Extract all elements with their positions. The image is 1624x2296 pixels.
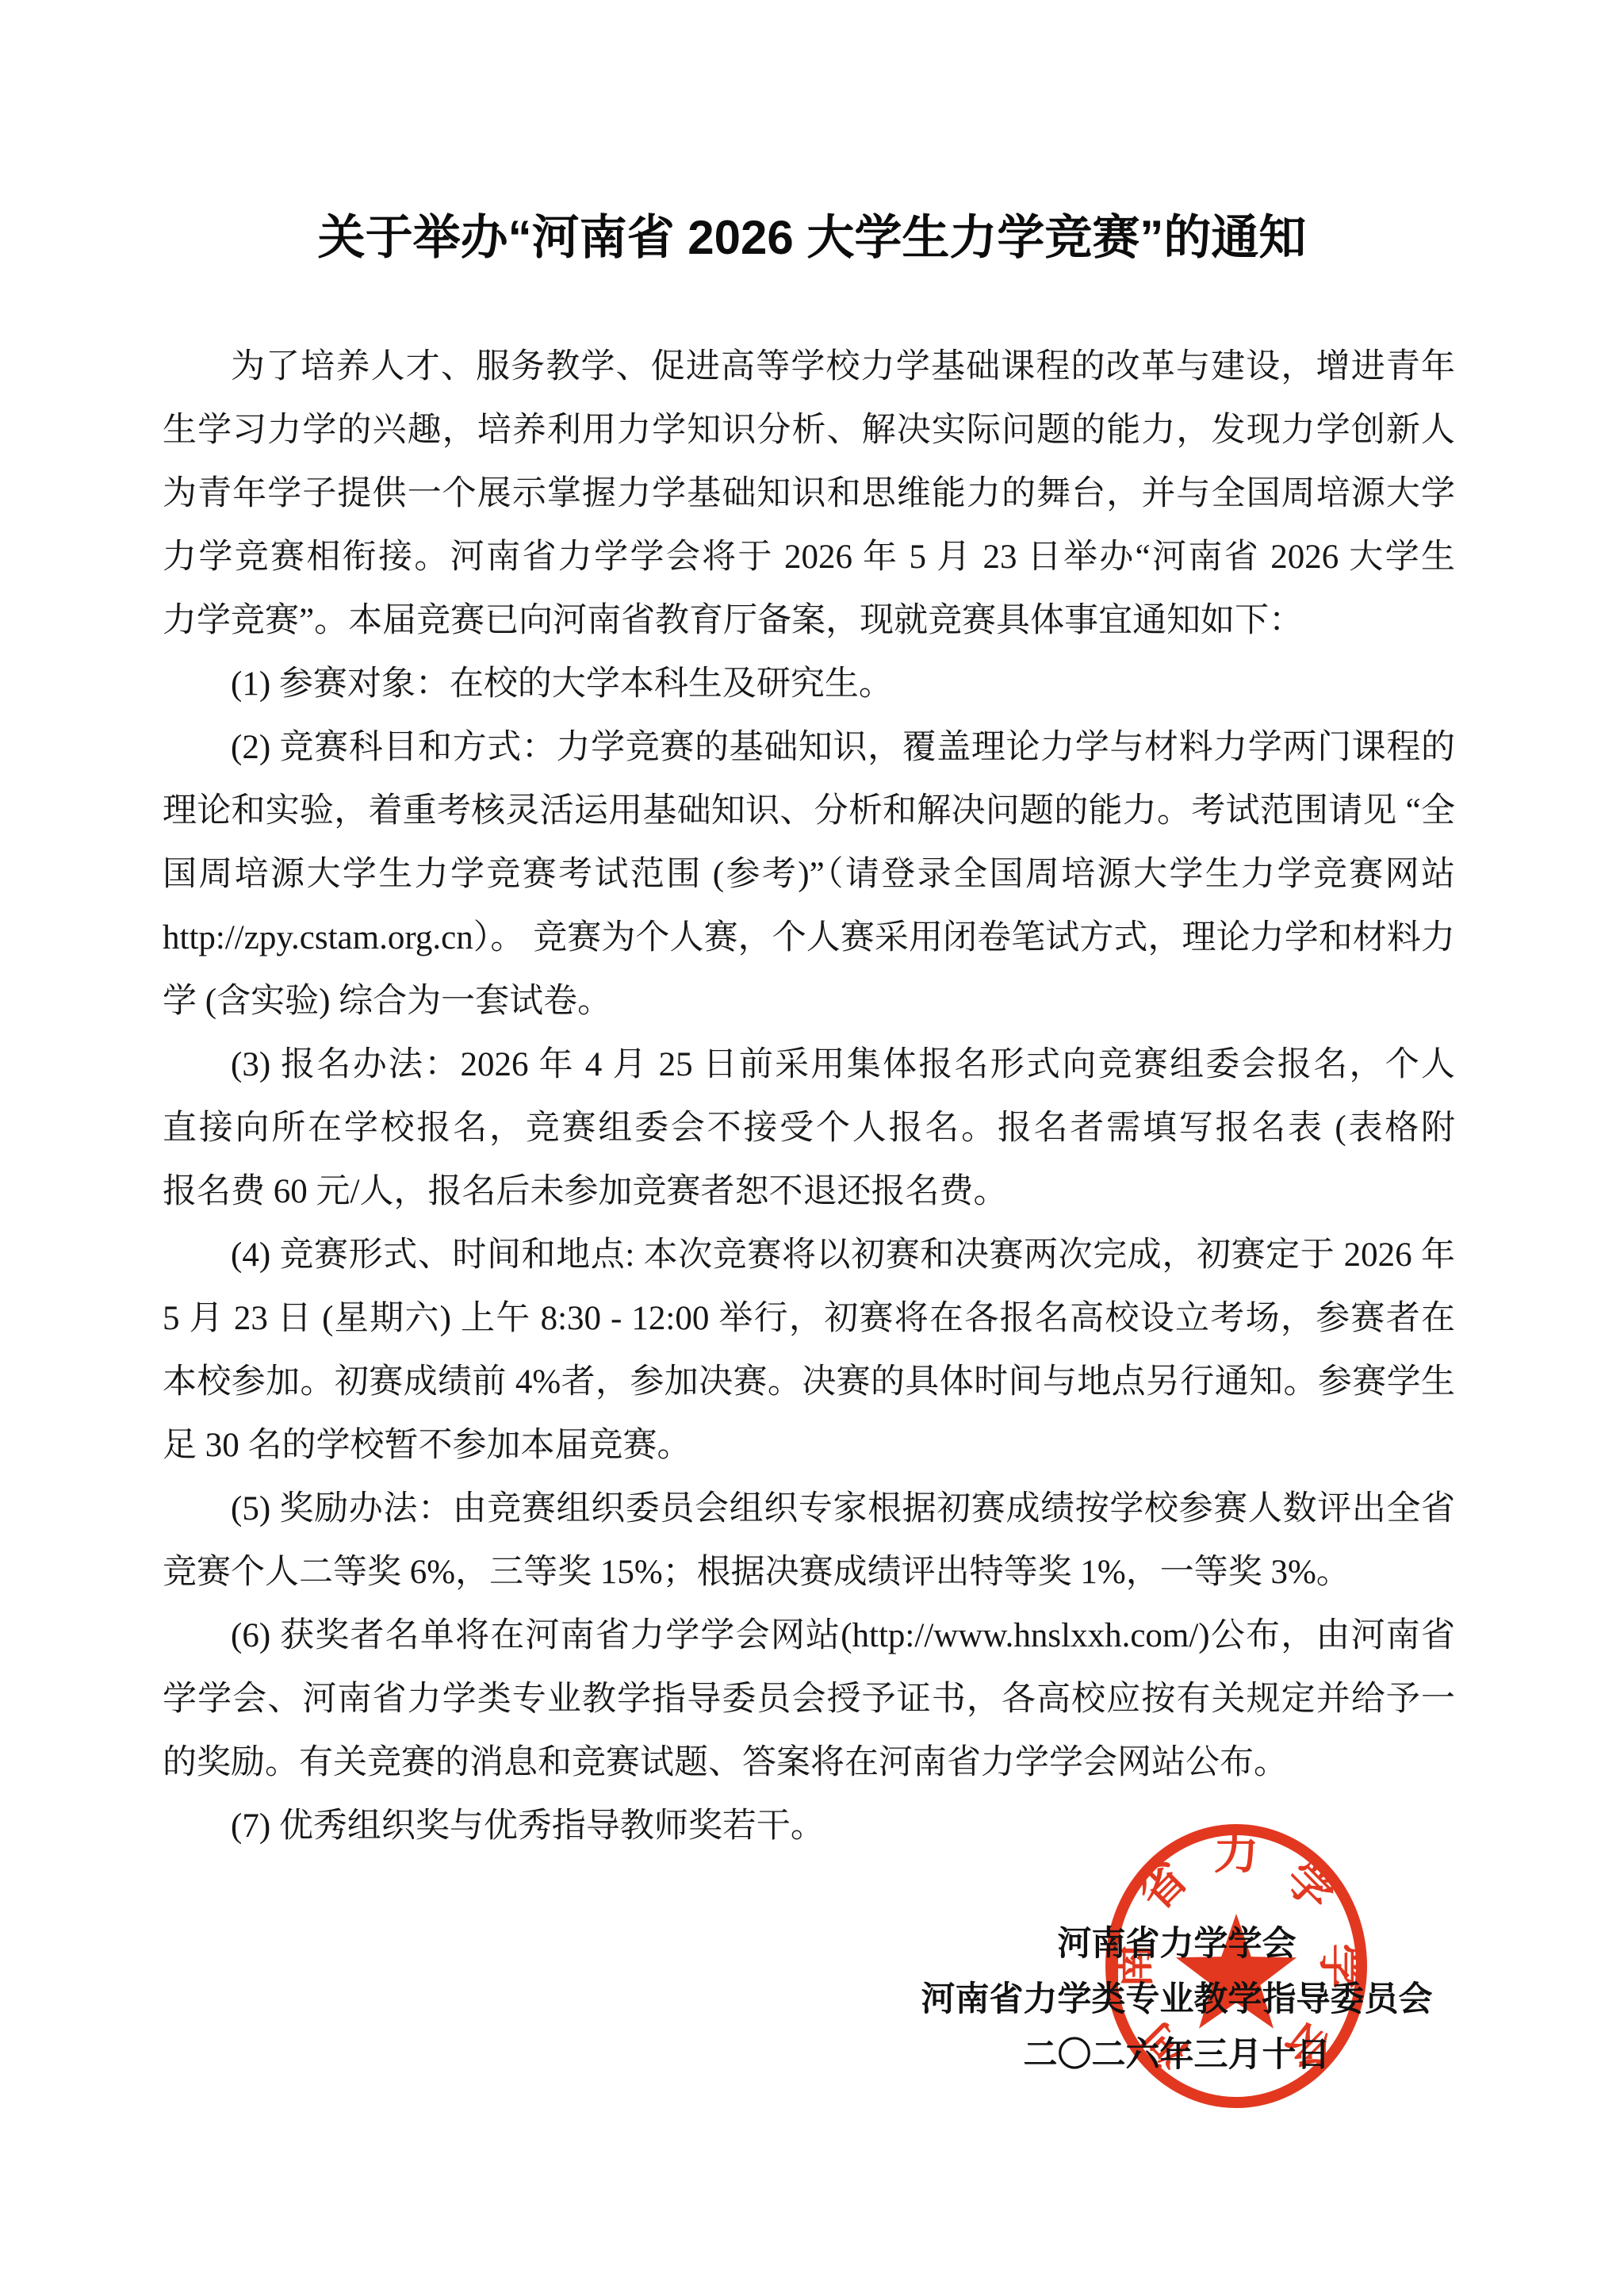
seal-char: 学 bbox=[1275, 1853, 1342, 1920]
body-line: 5 月 23 日 (星期六) 上午 8:30 - 12:00 举行，初赛将在各报… bbox=[163, 1287, 1455, 1351]
body-line: 学 (含实验) 综合为一套试卷。 bbox=[163, 970, 1455, 1033]
body-line: 直接向所在学校报名，竞赛组委会不接受个人报名。报名者需填写报名表 (表格附件)。 bbox=[163, 1097, 1455, 1160]
body-line: (2) 竞赛科目和方式：力学竞赛的基础知识，覆盖理论力学与材料力学两门课程的 bbox=[163, 716, 1455, 780]
body-line: 报名费 60 元/人，报名后未参加竞赛者恕不退还报名费。 bbox=[163, 1160, 1455, 1224]
body-line: 国周培源大学生力学竞赛考试范围 (参考)”（请登录全国周培源大学生力学竞赛网站 bbox=[163, 843, 1455, 907]
document-body: 为了培养人才、服务教学、促进高等学校力学基础课程的改革与建设，增进青年学生学习力… bbox=[163, 335, 1455, 1858]
body-line: 力学竞赛”。本届竞赛已向河南省教育厅备案，现就竞赛具体事宜通知如下： bbox=[163, 589, 1455, 653]
body-line: (5) 奖励办法：由竞赛组织委员会组织专家根据初赛成绩按学校参赛人数评出全省 bbox=[163, 1478, 1455, 1541]
body-line: 足 30 名的学校暂不参加本届竞赛。 bbox=[163, 1414, 1455, 1478]
body-line: 为了培养人才、服务教学、促进高等学校力学基础课程的改革与建设，增进青年学 bbox=[163, 335, 1455, 399]
signature-org-2: 河南省力学类专业教学指导委员会 bbox=[915, 1972, 1438, 2028]
body-line: (1) 参赛对象：在校的大学本科生及研究生。 bbox=[163, 653, 1455, 716]
body-line: 竞赛个人二等奖 6%，三等奖 15%；根据决赛成绩评出特等奖 1%，一等奖 3%… bbox=[163, 1541, 1455, 1604]
document-page: 关于举办“河南省 2026 大学生力学竞赛”的通知 为了培养人才、服务教学、促进… bbox=[0, 0, 1624, 2296]
page-title: 关于举办“河南省 2026 大学生力学竞赛”的通知 bbox=[0, 190, 1624, 286]
body-line: (6) 获奖者名单将在河南省力学学会网站(http://www.hnslxxh.… bbox=[163, 1604, 1455, 1668]
body-line: 学学会、河南省力学类专业教学指导委员会授予证书，各高校应按有关规定并给予一定 bbox=[163, 1668, 1455, 1731]
body-line: 力学竞赛相衔接。河南省力学学会将于 2026 年 5 月 23 日举办“河南省 … bbox=[163, 526, 1455, 589]
body-line: 生学习力学的兴趣，培养利用力学知识分析、解决实际问题的能力，发现力学创新人才， bbox=[163, 399, 1455, 462]
signature-block: 河南省力学学会 河南省力学类专业教学指导委员会 二〇二六年三月十日 bbox=[915, 1917, 1438, 2083]
signature-org-1: 河南省力学学会 bbox=[915, 1917, 1438, 1972]
body-line: 理论和实验，着重考核灵活运用基础知识、分析和解决问题的能力。考试范围请见 “全 bbox=[163, 780, 1455, 843]
seal-char: 省 bbox=[1130, 1853, 1197, 1920]
body-line: 本校参加。初赛成绩前 4%者，参加决赛。决赛的具体时间与地点另行通知。参赛学生不 bbox=[163, 1351, 1455, 1414]
body-line: 为青年学子提供一个展示掌握力学基础知识和思维能力的舞台，并与全国周培源大学生 bbox=[163, 462, 1455, 526]
body-line: http://zpy.cstam.org.cn）。 竞赛为个人赛，个人赛采用闭卷… bbox=[163, 907, 1455, 970]
body-line: 的奖励。有关竞赛的消息和竞赛试题、答案将在河南省力学学会网站公布。 bbox=[163, 1731, 1455, 1795]
body-line: (4) 竞赛形式、时间和地点: 本次竞赛将以初赛和决赛两次完成，初赛定于 202… bbox=[163, 1224, 1455, 1287]
signature-date: 二〇二六年三月十日 bbox=[915, 2028, 1438, 2083]
body-line: (7) 优秀组织奖与优秀指导教师奖若干。 bbox=[163, 1795, 1455, 1858]
body-line: (3) 报名办法：2026 年 4 月 25 日前采用集体报名形式向竞赛组委会报… bbox=[163, 1033, 1455, 1097]
